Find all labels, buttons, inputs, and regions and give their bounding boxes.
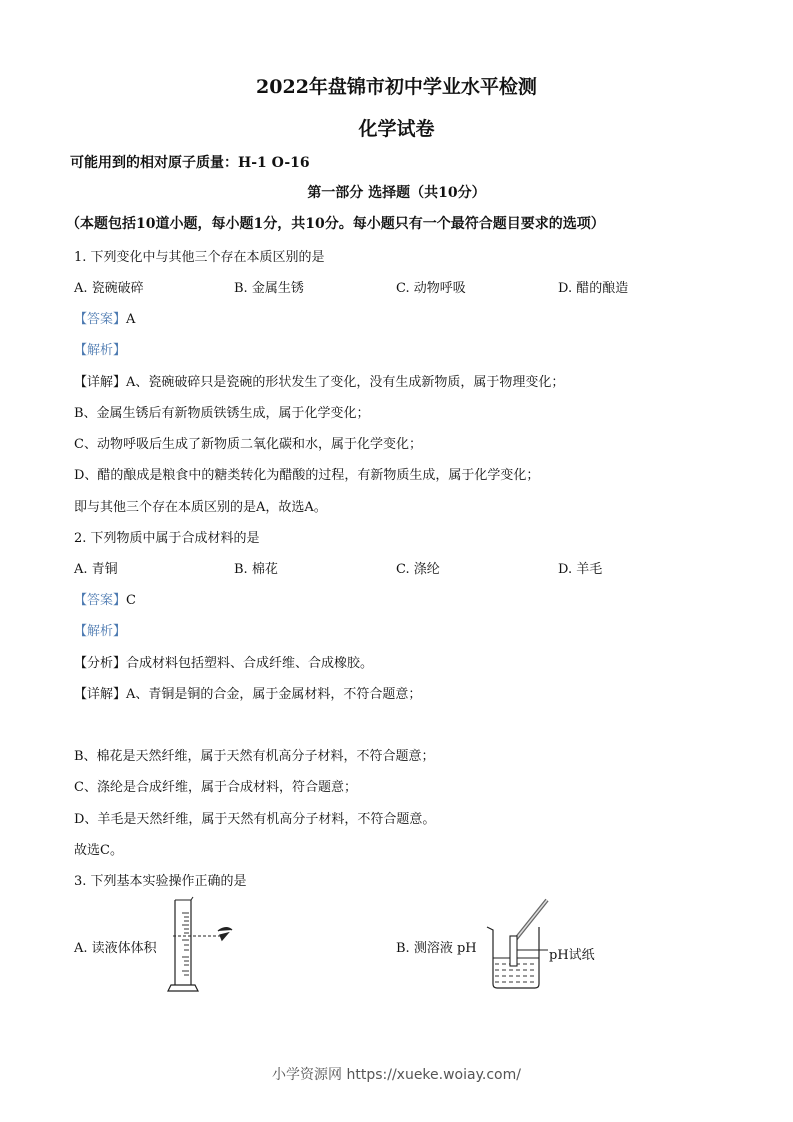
q3-stem: 3. 下列基本实验操作正确的是 [74,870,247,889]
q1-option-d: D. 醋的酿造 [558,277,628,296]
graduated-cylinder-figure [160,895,240,995]
q2-analysis: 【分析】合成材料包括塑料、合成纤维、合成橡胶。 [74,652,373,671]
detail-text: A、瓷碗破碎只是瓷碗的形状发生了变化，没有生成新物质，属于物理变化； [126,375,564,390]
q1-detail-a: 【详解】A、瓷碗破碎只是瓷碗的形状发生了变化，没有生成新物质，属于物理变化； [74,371,564,390]
q3-option-b: B. 测溶液 pH [396,937,477,956]
detail-text: A、青铜是铜的合金，属于金属材料，不符合题意； [126,687,421,702]
ph-paper-label: pH试纸 [549,944,595,963]
analysis-text: 合成材料包括塑料、合成纤维、合成橡胶。 [126,656,373,671]
q1-option-a: A. 瓷碗破碎 [74,277,144,296]
section-instructions: （本题包括10道小题，每小题1分，共10分。每小题只有一个最符合题目要求的选项） [66,213,605,233]
q2-option-a: A. 青铜 [74,558,118,577]
q3-option-a: A. 读液体体积 [74,937,157,956]
detail-tag: 【详解】 [74,375,126,390]
q2-conclusion: 故选C。 [74,839,123,858]
answer-value: A [126,312,135,327]
answer-value: C [126,593,136,608]
q2-option-c: C. 涤纶 [396,558,440,577]
q1-detail-d: D、醋的酿成是粮食中的糖类转化为醋酸的过程，有新物质生成，属于化学变化； [74,464,539,483]
q2-stem: 2. 下列物质中属于合成材料的是 [74,527,260,546]
q2-detail-b: B、棉花是天然纤维，属于天然有机高分子材料，不符合题意； [74,745,435,764]
q1-detail-b: B、金属生锈后有新物质铁锈生成，属于化学变化； [74,402,370,421]
section-title: 第一部分 选择题（共10分） [0,182,793,202]
footer-watermark: 小学资源网 https://xueke.woiay.com/ [0,1064,793,1084]
q1-stem: 1. 下列变化中与其他三个存在本质区别的是 [74,246,325,265]
q1-detail-c: C、动物呼吸后生成了新物质二氧化碳和水，属于化学变化； [74,433,422,452]
q2-detail-c: C、涤纶是合成纤维，属于合成材料，符合题意； [74,776,357,795]
q2-detail-d: D、羊毛是天然纤维，属于天然有机高分子材料，不符合题意。 [74,808,435,827]
q1-conclusion: 即与其他三个存在本质区别的是A，故选A。 [74,496,327,515]
exam-subtitle: 化学试卷 [0,114,793,141]
q1-analysis-tag: 【解析】 [74,339,126,358]
answer-tag: 【答案】 [74,593,126,608]
analysis-head: 【分析】 [74,656,126,671]
q2-option-d: D. 羊毛 [558,558,602,577]
q1-answer: 【答案】A [74,308,135,327]
exam-title: 2022年盘锦市初中学业水平检测 [0,72,793,99]
q1-option-b: B. 金属生锈 [234,277,304,296]
q2-detail-a: 【详解】A、青铜是铜的合金，属于金属材料，不符合题意； [74,683,421,702]
q1-option-c: C. 动物呼吸 [396,277,466,296]
answer-tag: 【答案】 [74,312,126,327]
q2-analysis-tag: 【解析】 [74,620,126,639]
detail-tag: 【详解】 [74,687,126,702]
atomic-mass-note: 可能用到的相对原子质量：H-1 O-16 [70,152,310,172]
q2-option-b: B. 棉花 [234,558,278,577]
q2-answer: 【答案】C [74,589,136,608]
